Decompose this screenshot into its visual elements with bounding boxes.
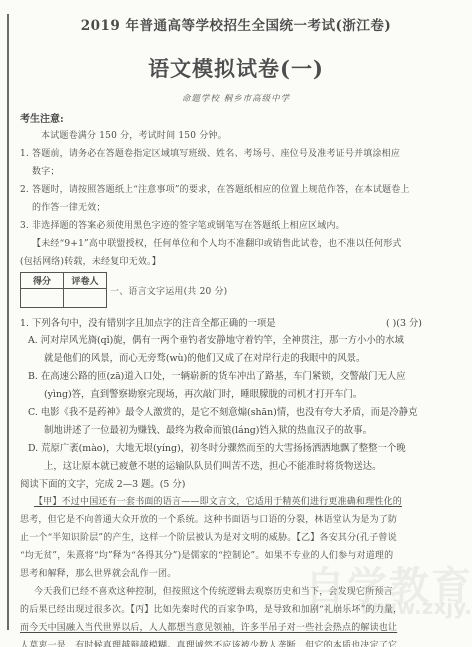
- copyright-notice-line2: (包括网络)转载，未经复印无效。】: [20, 254, 161, 267]
- notice-item-1-cont: 数字；: [32, 164, 60, 177]
- grader-cell[interactable]: [64, 289, 107, 308]
- paper-subtitle: 命题学校 桐乡市高级中学: [0, 92, 472, 104]
- passage-para1-line1: 【甲】不过中国还有一套书面的语言——即文言文，它适用于精英们进行更准确和理性化的: [34, 494, 402, 507]
- notice-item-1: 1. 答题前，请务必在答题卷指定区域填写班级、姓名、考场号、座位号及准考证号并填…: [20, 146, 400, 159]
- option-b-line2: (yìng)答，直到警察勘察完现场，再次敲门时，睡眼朦胧的司机才打开车门。: [44, 386, 362, 400]
- watermark-url: www.zxjy.com: [360, 595, 472, 619]
- score-cell[interactable]: [21, 289, 64, 308]
- option-a-line1: A. 河对岸风光旖(qǐ)旎，偶有一两个垂钓者安静地守着钓竿，全神贯注，那一方小…: [28, 332, 404, 346]
- notice-item-3: 3. 非选择题的答案必须使用黑色字迹的签字笔或钢笔写在答题纸上相应区域内。: [20, 218, 345, 231]
- paper-title: 语文模拟试卷(一): [0, 53, 472, 83]
- question-1-stem: 1. 下列各句中，没有错别字且加点字的注音全都正确的一项是: [20, 315, 276, 329]
- exam-page: 2019 年普通高等学校招生全国统一考试(浙江卷) 语文模拟试卷(一) 命题学校…: [0, 0, 472, 647]
- section-heading: 一、语言文字运用(共 20 分): [110, 284, 227, 297]
- notice-item-2: 2. 答题时，请按照答题纸上“注意事项”的要求，在答题纸相应的位置上规范作答，在…: [20, 182, 410, 195]
- option-d-line1: D. 荒原广袤(mào)，大地无垠(yíng)，初冬时分骤然而至的大雪扬扬洒洒地…: [28, 440, 406, 454]
- passage-para1-line5: 思考和解释，那么世界就会乱作一团。: [20, 566, 176, 579]
- option-a-line2: 就是他们的风景，而心无旁骛(wù)的他们又成了在对岸行走的我眼中的风景。: [44, 350, 365, 364]
- score-header: 得分: [21, 273, 64, 289]
- passage-para1-line3: 止一个“半知识阶层”的产生，这样一个阶层被认为是对文明的威胁。【乙】各安其分(孔…: [20, 530, 397, 543]
- passage-para1-line2: 思考，但它是不向普通大众开放的一个系统。这种书面语与口语的分裂，林语堂认为是为了…: [20, 512, 397, 525]
- option-d-line2: 上，这让原本就已疲惫不堪的运输队队员们叫苦不迭，担心不能准时将货物送达。: [44, 458, 382, 472]
- notice-item-2-cont: 的作答一律无效；: [32, 200, 106, 213]
- option-c-line2: 制地讲述了一位最初为赚钱、最终为救命而锒(láng)铛入狱的热血汉子的故事。: [44, 422, 372, 436]
- reading-instruction: 阅读下面的文字，完成 2—3 题。(5 分): [20, 476, 185, 490]
- option-c-line1: C. 电影《我不是药神》最令人激赏的，是它不刻意煽(shān)情，也没有夸大矛盾…: [28, 404, 417, 418]
- notice-title: 考生注意:: [20, 110, 64, 125]
- option-b-line1: B. 在高速公路的匝(zā)道入口处，一辆崭新的货车冲出了路基，车门紧锁，交警敲…: [28, 368, 406, 382]
- question-1-answer-blank[interactable]: ( )(3 分): [386, 315, 422, 329]
- binding-margin-line: [7, 14, 9, 630]
- score-table: 得分 评卷人: [20, 272, 107, 308]
- passage-para2-line3: 而今天中国融入当代世界以后，人人都想当意见领袖，许多半吊子对一些社会热点的解读也…: [20, 620, 397, 633]
- notice-intro: 本试题卷满分 150 分，考试时间 150 分钟。: [41, 128, 227, 141]
- passage-para2-line4: 人莫衷一是，有时候真理越辩越模糊。真理诚然不应该被少数人垄断，但它的本质也决定了…: [20, 638, 397, 647]
- exam-header: 2019 年普通高等学校招生全国统一考试(浙江卷): [0, 14, 472, 34]
- grader-header: 评卷人: [64, 273, 107, 289]
- copyright-notice-line1: 【未经“9+1”高中联盟授权，任何单位和个人均不准翻印或销售此试卷，也不准以任何…: [32, 236, 402, 249]
